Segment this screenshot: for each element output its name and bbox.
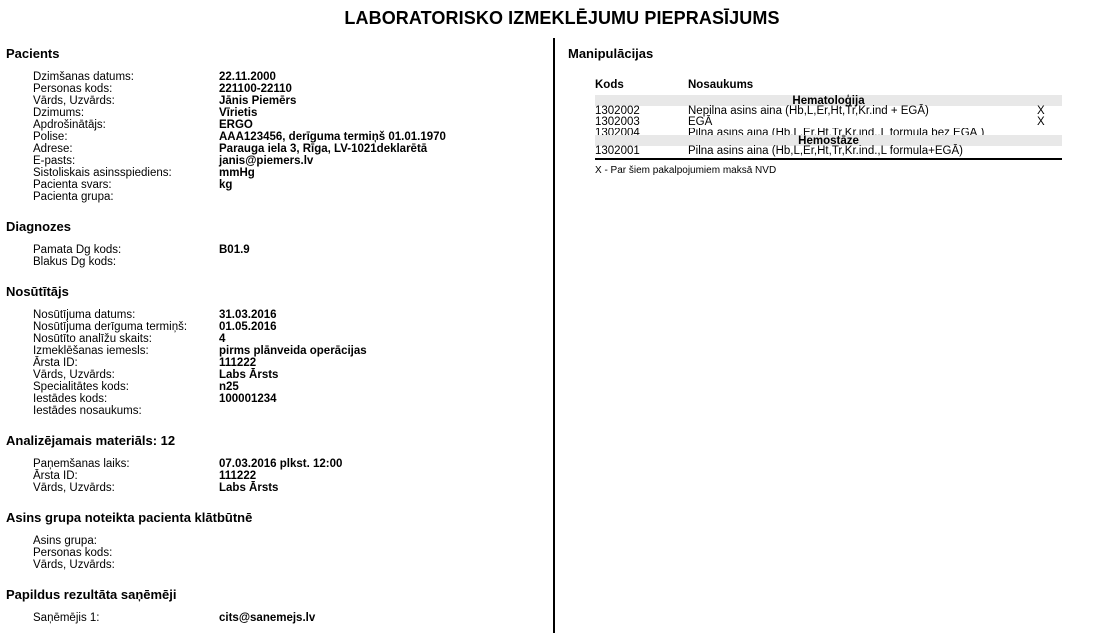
- table-row: 1302001Pilna asins aina (Hb,L,Er,Ht,Tr,K…: [595, 146, 1062, 157]
- section-fields: Asins grupa:Personas kods:Vārds, Uzvārds…: [6, 535, 546, 571]
- row-code: 1302001: [595, 146, 640, 157]
- field-label: Personas kods:: [33, 83, 112, 95]
- field-value: Jānis Piemērs: [219, 95, 296, 107]
- table-row: 1302003EGĀX: [595, 117, 1062, 128]
- field-row: Pamata Dg kods:B01.9: [6, 244, 546, 256]
- field-label: Sistoliskais asinsspiediens:: [33, 167, 172, 179]
- section-heading: Diagnozes: [6, 219, 546, 234]
- field-label: Izmeklēšanas iemesls:: [33, 345, 149, 357]
- row-code: 1302004: [595, 128, 640, 135]
- field-label: Blakus Dg kods:: [33, 256, 116, 268]
- field-label: Dzimšanas datums:: [33, 71, 134, 83]
- field-row: Nosūtījuma datums:31.03.2016: [6, 309, 546, 321]
- field-value: 111222: [219, 470, 256, 482]
- field-value: 22.11.2000: [219, 71, 276, 83]
- field-row: Iestādes nosaukums:: [6, 405, 546, 417]
- document-title: LABORATORISKO IZMEKLĒJUMU PIEPRASĪJUMS: [0, 8, 1110, 29]
- field-label: Personas kods:: [33, 547, 112, 559]
- field-value: 4: [219, 333, 225, 345]
- field-row: Nosūtīto analīžu skaits:4: [6, 333, 546, 345]
- table-header: Kods Nosaukums: [595, 78, 1062, 92]
- field-label: Vārds, Uzvārds:: [33, 482, 115, 494]
- field-label: Adrese:: [33, 143, 73, 155]
- field-row: Apdrošinātājs:ERGO: [6, 119, 546, 131]
- section-heading: Analizējamais materiāls: 12: [6, 433, 546, 448]
- field-row: Ārsta ID:111222: [6, 470, 546, 482]
- field-label: Saņēmējis 1:: [33, 612, 99, 624]
- column-header-code: Kods: [595, 78, 624, 92]
- field-row: Ārsta ID:111222: [6, 357, 546, 369]
- field-value: ERGO: [219, 119, 253, 131]
- field-value: AAA123456, derīguma termiņš 01.01.1970: [219, 131, 446, 143]
- field-value: Labs Ārsts: [219, 369, 278, 381]
- nvd-note: X - Par šiem pakalpojumiem maksā NVD: [595, 165, 1062, 176]
- section-fields: Pamata Dg kods:B01.9Blakus Dg kods:: [6, 244, 546, 268]
- section-fields: Dzimšanas datums:22.11.2000Personas kods…: [6, 71, 546, 203]
- field-value: 100001234: [219, 393, 277, 405]
- field-row: Pacienta svars: kg: [6, 179, 546, 191]
- field-row: E-pasts:janis@piemers.lv: [6, 155, 546, 167]
- field-label: Pacienta svars:: [33, 179, 112, 191]
- field-value: Parauga iela 3, Rīga, LV-1021deklarētā: [219, 143, 427, 155]
- field-label: Dzimums:: [33, 107, 84, 119]
- field-row: Dzimums:Vīrietis: [6, 107, 546, 119]
- field-label: Paņemšanas laiks:: [33, 458, 130, 470]
- field-value: kg: [219, 179, 232, 191]
- field-value: B01.9: [219, 244, 250, 256]
- table-group: Hemostāze1302001Pilna asins aina (Hb,L,E…: [595, 135, 1062, 157]
- field-label: Ārsta ID:: [33, 470, 78, 482]
- table-group: Hematoloģija1302002Nepilna asins aina (H…: [595, 95, 1062, 135]
- field-value: pirms plānveida operācijas: [219, 345, 367, 357]
- field-value: n25: [219, 381, 239, 393]
- field-row: Vārds, Uzvārds:: [6, 559, 546, 571]
- field-label: Polise:: [33, 131, 68, 143]
- field-label: Nosūtīto analīžu skaits:: [33, 333, 152, 345]
- field-row: Nosūtījuma derīguma termiņš:01.05.2016: [6, 321, 546, 333]
- field-row: Polise:AAA123456, derīguma termiņš 01.01…: [6, 131, 546, 143]
- section-fields: Paņemšanas laiks:07.03.2016 plkst. 12:00…: [6, 458, 546, 494]
- field-label: Ārsta ID:: [33, 357, 78, 369]
- field-row: Blakus Dg kods:: [6, 256, 546, 268]
- table-row: 1302004Pilna asins aina (Hb,L,Er,Ht,Tr,K…: [595, 128, 1062, 135]
- field-label: Specialitātes kods:: [33, 381, 129, 393]
- field-value: 07.03.2016 plkst. 12:00: [219, 458, 342, 470]
- field-label: Vārds, Uzvārds:: [33, 369, 115, 381]
- field-row: Iestādes kods:100001234: [6, 393, 546, 405]
- field-label: Apdrošinātājs:: [33, 119, 106, 131]
- field-row: Saņēmējis 1:cits@sanemejs.lv: [6, 612, 546, 624]
- field-row: Izmeklēšanas iemesls:pirms plānveida ope…: [6, 345, 546, 357]
- field-value: Vīrietis: [219, 107, 257, 119]
- field-value: 221100-22110: [219, 83, 292, 95]
- section-fields: Saņēmējis 1:cits@sanemejs.lv: [6, 612, 546, 624]
- manipulations-table: Kods Nosaukums Hematoloģija1302002Nepiln…: [595, 78, 1062, 176]
- column-header-name: Nosaukums: [688, 78, 753, 92]
- field-label: Pamata Dg kods:: [33, 244, 121, 256]
- section-heading: Nosūtītājs: [6, 284, 546, 299]
- section-heading: Asins grupa noteikta pacienta klātbūtnē: [6, 510, 546, 525]
- section-fields: Nosūtījuma datums:31.03.2016Nosūtījuma d…: [6, 309, 546, 417]
- row-name: EGĀ: [688, 117, 712, 128]
- field-row: Vārds, Uzvārds:Jānis Piemērs: [6, 95, 546, 107]
- field-label: Nosūtījuma datums:: [33, 309, 135, 321]
- table-row: 1302002Nepilna asins aina (Hb,L,Er,Ht,Tr…: [595, 106, 1062, 117]
- field-label: Asins grupa:: [33, 535, 97, 547]
- section-heading: Papildus rezultāta saņēmēji: [6, 587, 546, 602]
- field-row: Vārds, Uzvārds:Labs Ārsts: [6, 482, 546, 494]
- table-body: Hematoloģija1302002Nepilna asins aina (H…: [595, 95, 1062, 157]
- row-name: Nepilna asins aina (Hb,L,Er,Ht,Tr,Kr.ind…: [688, 106, 929, 117]
- manipulations-heading: Manipulācijas: [568, 46, 1068, 61]
- field-label: Vārds, Uzvārds:: [33, 559, 115, 571]
- row-name: Pilna asins aina (Hb,L,Er,Ht,Tr,Kr.ind.,…: [688, 128, 984, 135]
- field-label: Vārds, Uzvārds:: [33, 95, 115, 107]
- column-divider: [553, 38, 555, 633]
- field-value: 31.03.2016: [219, 309, 277, 321]
- field-value: cits@sanemejs.lv: [219, 612, 315, 624]
- field-label: Nosūtījuma derīguma termiņš:: [33, 321, 187, 333]
- table-bottom-rule: [595, 158, 1062, 160]
- section-heading: Pacients: [6, 46, 546, 61]
- field-row: Adrese:Parauga iela 3, Rīga, LV-1021dekl…: [6, 143, 546, 155]
- field-row: Personas kods:: [6, 547, 546, 559]
- right-column: Manipulācijas Kods Nosaukums Hematoloģij…: [568, 46, 1068, 61]
- row-code: 1302003: [595, 117, 640, 128]
- field-label: Pacienta grupa:: [33, 191, 114, 203]
- field-row: Sistoliskais asinsspiediens: mmHg: [6, 167, 546, 179]
- row-name: Pilna asins aina (Hb,L,Er,Ht,Tr,Kr.ind.,…: [688, 146, 963, 157]
- field-value: 01.05.2016: [219, 321, 277, 333]
- field-value: Labs Ārsts: [219, 482, 278, 494]
- field-row: Asins grupa:: [6, 535, 546, 547]
- nvd-mark: X: [1037, 117, 1045, 128]
- field-row: Vārds, Uzvārds:Labs Ārsts: [6, 369, 546, 381]
- field-value: 111222: [219, 357, 256, 369]
- field-row: Personas kods:221100-22110: [6, 83, 546, 95]
- field-value: mmHg: [219, 167, 255, 179]
- field-row: Paņemšanas laiks:07.03.2016 plkst. 12:00: [6, 458, 546, 470]
- field-label: Iestādes kods:: [33, 393, 107, 405]
- field-label: Iestādes nosaukums:: [33, 405, 142, 417]
- field-row: Specialitātes kods:n25: [6, 381, 546, 393]
- left-column: PacientsDzimšanas datums:22.11.2000Perso…: [6, 46, 546, 633]
- field-row: Dzimšanas datums:22.11.2000: [6, 71, 546, 83]
- field-value: janis@piemers.lv: [219, 155, 313, 167]
- field-row: Pacienta grupa:: [6, 191, 546, 203]
- field-label: E-pasts:: [33, 155, 75, 167]
